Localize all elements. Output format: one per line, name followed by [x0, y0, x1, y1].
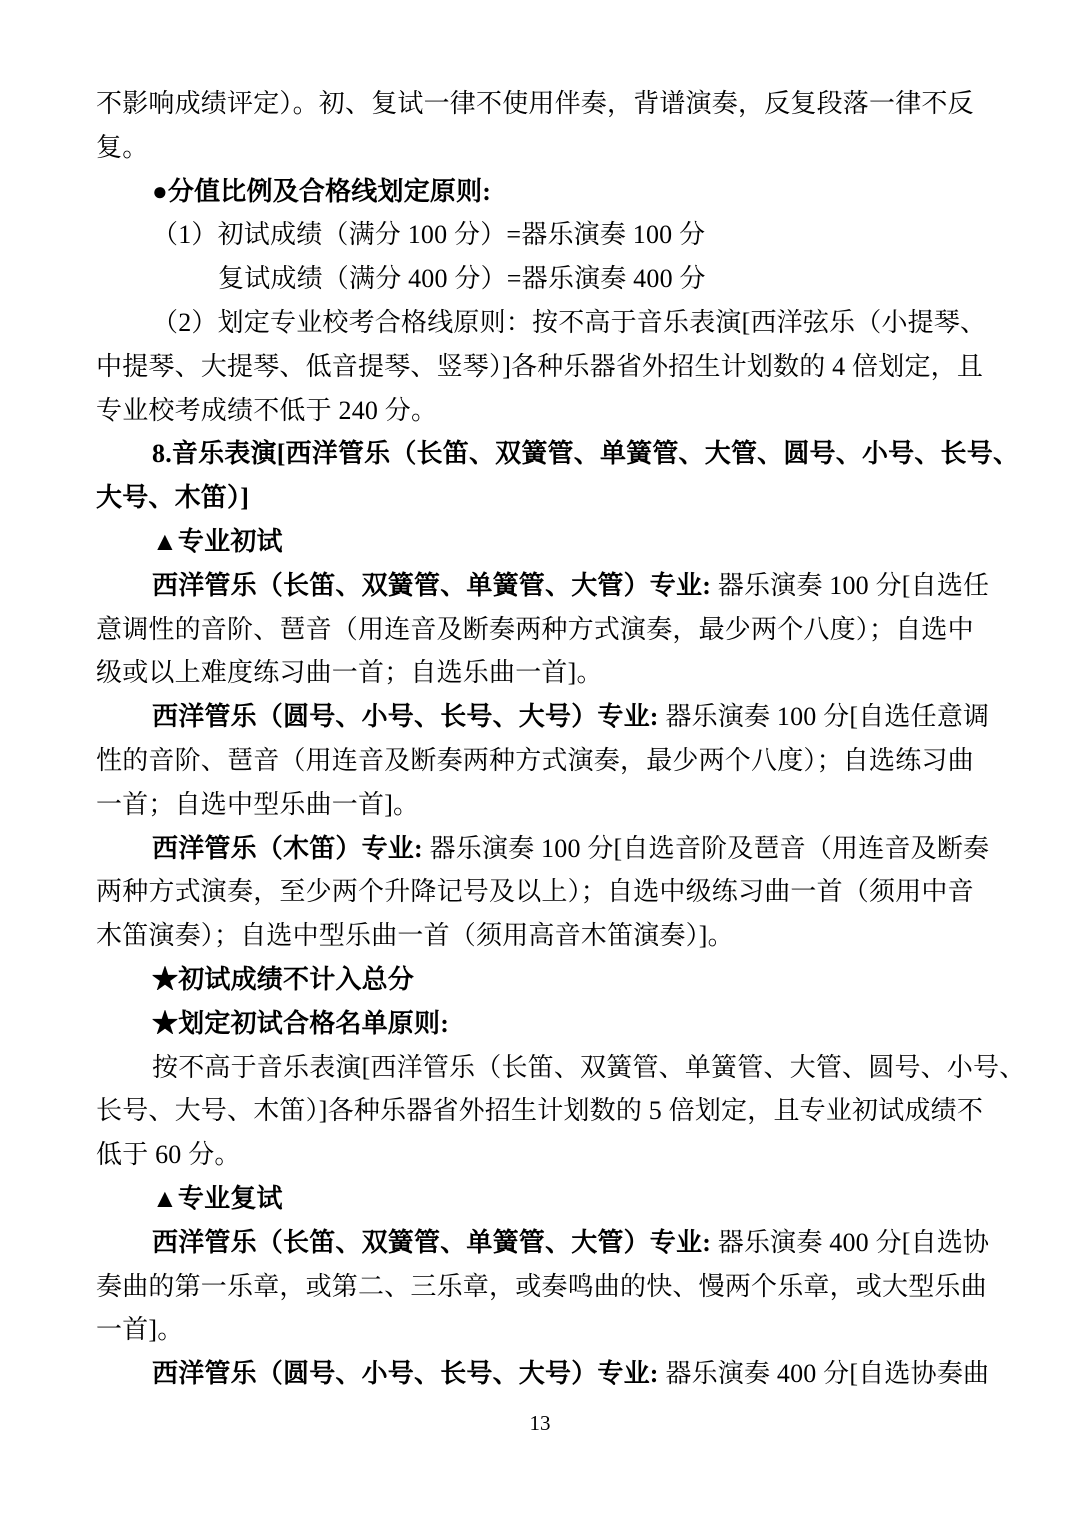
text-segment: 一首]。 — [96, 1315, 183, 1344]
page-number: 13 — [0, 1408, 1080, 1438]
text-segment: 器乐演奏 400 分[自选协奏曲 — [659, 1359, 990, 1388]
text-segment: 器乐演奏 100 分[自选任意调 — [659, 702, 990, 731]
text-line: ●分值比例及合格线划定原则: — [96, 170, 988, 214]
text-line: 中提琴、大提琴、低音提琴、竖琴）]各种乐器省外招生计划数的 4 倍划定，且 — [96, 345, 988, 389]
text-line: 奏曲的第一乐章，或第二、三乐章，或奏鸣曲的快、慢两个乐章，或大型乐曲 — [96, 1265, 988, 1309]
document-page: 不影响成绩评定）。初、复试一律不使用伴奏，背谱演奏，反复段落一律不反复。●分值比… — [0, 0, 1080, 1528]
text-segment: 专业校考成绩不低于 240 分。 — [96, 396, 437, 425]
text-segment: 复。 — [96, 133, 148, 162]
text-segment: 中提琴、大提琴、低音提琴、竖琴）]各种乐器省外招生计划数的 4 倍划定，且 — [96, 352, 983, 381]
text-line: 长号、大号、木笛）]各种乐器省外招生计划数的 5 倍划定，且专业初试成绩不 — [96, 1089, 988, 1133]
text-line: 低于 60 分。 — [96, 1133, 988, 1177]
text-segment: 西洋管乐（长笛、双簧管、单簧管、大管）专业: — [152, 1228, 711, 1257]
text-segment: 西洋管乐（长笛、双簧管、单簧管、大管）专业: — [152, 571, 711, 600]
text-line: 木笛演奏）；自选中型乐曲一首（须用高音木笛演奏）]。 — [96, 914, 988, 958]
text-line: ▲专业初试 — [96, 520, 988, 564]
text-line: （1）初试成绩（满分 100 分）=器乐演奏 100 分 — [96, 213, 988, 257]
text-segment: （1）初试成绩（满分 100 分）=器乐演奏 100 分 — [152, 220, 705, 249]
text-line: 两种方式演奏，至少两个升降记号及以上）；自选中级练习曲一首（须用中音 — [96, 870, 988, 914]
text-segment: ▲专业初试 — [152, 527, 283, 556]
text-line: 级或以上难度练习曲一首；自选乐曲一首]。 — [96, 651, 988, 695]
text-line: 意调性的音阶、琶音（用连音及断奏两种方式演奏，最少两个八度）；自选中 — [96, 608, 988, 652]
text-segment: 器乐演奏 400 分[自选协 — [711, 1228, 989, 1257]
text-segment: 8.音乐表演[西洋管乐（长笛、双簧管、单簧管、大管、圆号、小号、长号、 — [152, 439, 1019, 468]
text-segment: ▲专业复试 — [152, 1184, 283, 1213]
text-line: ★划定初试合格名单原则: — [96, 1002, 988, 1046]
text-segment: 级或以上难度练习曲一首；自选乐曲一首]。 — [96, 658, 603, 687]
text-line: ★初试成绩不计入总分 — [96, 958, 988, 1002]
text-line: 大号、木笛）] — [96, 476, 988, 520]
text-segment: 复试成绩（满分 400 分）=器乐演奏 400 分 — [218, 264, 706, 293]
text-line: 西洋管乐（圆号、小号、长号、大号）专业: 器乐演奏 400 分[自选协奏曲 — [96, 1352, 988, 1396]
text-segment: 按不高于音乐表演[西洋管乐（长笛、双簧管、单簧管、大管、圆号、小号、 — [152, 1053, 1025, 1082]
text-line: ▲专业复试 — [96, 1177, 988, 1221]
text-line: 8.音乐表演[西洋管乐（长笛、双簧管、单簧管、大管、圆号、小号、长号、 — [96, 432, 988, 476]
text-segment: ★初试成绩不计入总分 — [152, 965, 414, 994]
text-segment: 低于 60 分。 — [96, 1140, 241, 1169]
text-line: 复试成绩（满分 400 分）=器乐演奏 400 分 — [96, 257, 988, 301]
text-segment: 西洋管乐（木笛）专业: — [152, 834, 423, 863]
text-line: 专业校考成绩不低于 240 分。 — [96, 389, 988, 433]
text-line: 性的音阶、琶音（用连音及断奏两种方式演奏，最少两个八度）；自选练习曲 — [96, 739, 988, 783]
text-segment: 大号、木笛）] — [96, 483, 249, 512]
text-segment: 器乐演奏 100 分[自选音阶及琶音（用连音及断奏 — [423, 834, 989, 863]
text-line: 西洋管乐（圆号、小号、长号、大号）专业: 器乐演奏 100 分[自选任意调 — [96, 695, 988, 739]
text-line: 不影响成绩评定）。初、复试一律不使用伴奏，背谱演奏，反复段落一律不反 — [96, 82, 988, 126]
text-segment: 两种方式演奏，至少两个升降记号及以上）；自选中级练习曲一首（须用中音 — [96, 877, 974, 906]
text-block: 不影响成绩评定）。初、复试一律不使用伴奏，背谱演奏，反复段落一律不反复。●分值比… — [96, 82, 988, 1396]
text-segment: 木笛演奏）；自选中型乐曲一首（须用高音木笛演奏）]。 — [96, 921, 734, 950]
text-segment: 不影响成绩评定）。初、复试一律不使用伴奏，背谱演奏，反复段落一律不反 — [96, 89, 974, 118]
text-line: 复。 — [96, 126, 988, 170]
text-segment: 西洋管乐（圆号、小号、长号、大号）专业: — [152, 702, 659, 731]
text-line: （2）划定专业校考合格线原则：按不高于音乐表演[西洋弦乐（小提琴、 — [96, 301, 988, 345]
text-line: 一首]。 — [96, 1308, 988, 1352]
text-line: 西洋管乐（长笛、双簧管、单簧管、大管）专业: 器乐演奏 400 分[自选协 — [96, 1221, 988, 1265]
text-segment: 器乐演奏 100 分[自选任 — [711, 571, 989, 600]
text-segment: 意调性的音阶、琶音（用连音及断奏两种方式演奏，最少两个八度）；自选中 — [96, 615, 974, 644]
text-segment: （2）划定专业校考合格线原则：按不高于音乐表演[西洋弦乐（小提琴、 — [152, 308, 986, 337]
text-line: 一首；自选中型乐曲一首]。 — [96, 783, 988, 827]
text-segment: 长号、大号、木笛）]各种乐器省外招生计划数的 5 倍划定，且专业初试成绩不 — [96, 1096, 983, 1125]
text-segment: 奏曲的第一乐章，或第二、三乐章，或奏鸣曲的快、慢两个乐章，或大型乐曲 — [96, 1272, 987, 1301]
text-segment: 性的音阶、琶音（用连音及断奏两种方式演奏，最少两个八度）；自选练习曲 — [96, 746, 974, 775]
text-line: 西洋管乐（长笛、双簧管、单簧管、大管）专业: 器乐演奏 100 分[自选任 — [96, 564, 988, 608]
text-line: 西洋管乐（木笛）专业: 器乐演奏 100 分[自选音阶及琶音（用连音及断奏 — [96, 827, 988, 871]
text-line: 按不高于音乐表演[西洋管乐（长笛、双簧管、单簧管、大管、圆号、小号、 — [96, 1046, 988, 1090]
text-segment: 一首；自选中型乐曲一首]。 — [96, 790, 419, 819]
text-segment: ★划定初试合格名单原则: — [152, 1009, 449, 1038]
text-segment: 西洋管乐（圆号、小号、长号、大号）专业: — [152, 1359, 659, 1388]
text-segment: ●分值比例及合格线划定原则: — [152, 177, 491, 206]
